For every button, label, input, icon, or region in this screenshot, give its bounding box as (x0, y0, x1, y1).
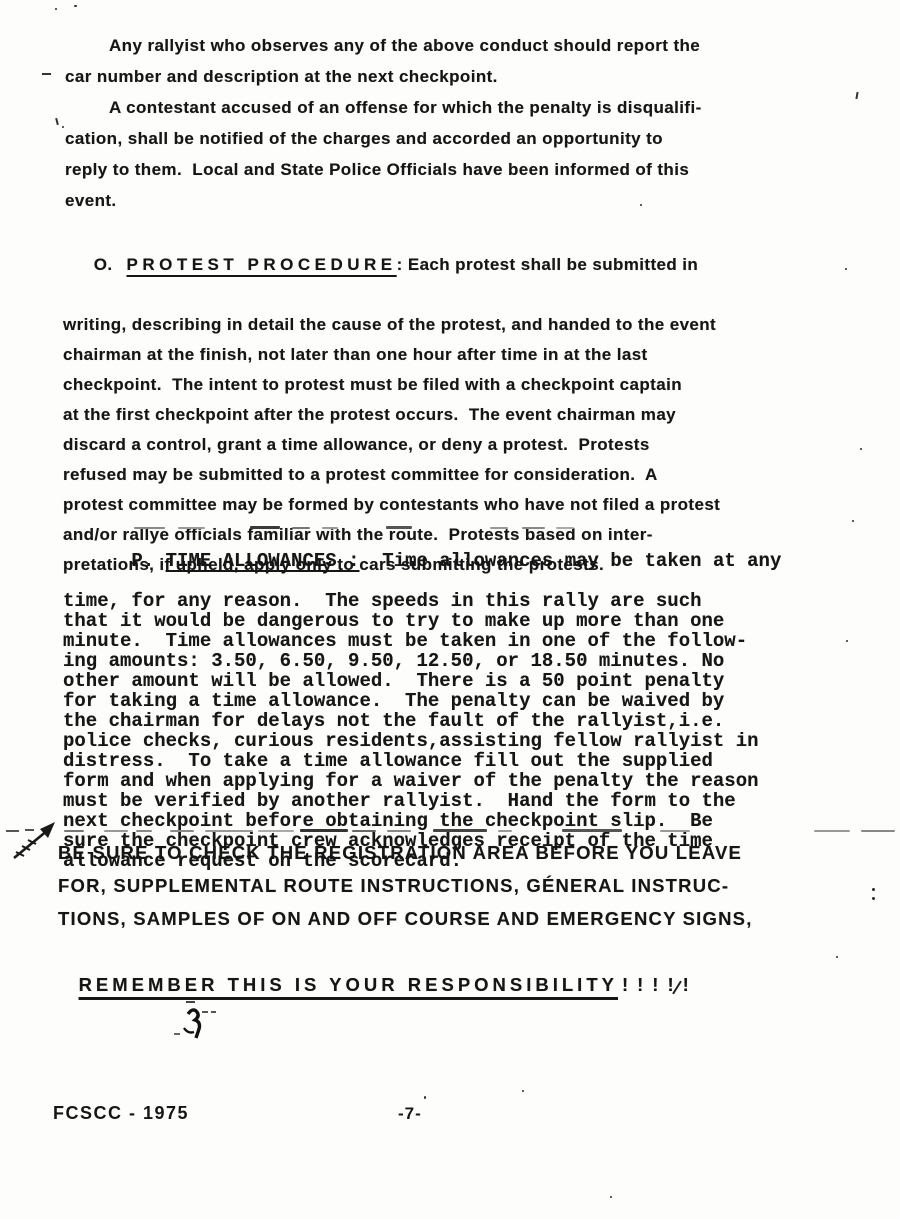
section-o-label: O. (94, 255, 113, 274)
responsibility-exclamations: !!!!! (622, 974, 698, 995)
scanned-document-page: Any rallyist who observes any of the abo… (0, 0, 900, 1219)
responsibility-line: REMEMBER THIS IS YOUR RESPONSIBILITY!!!!… (58, 935, 698, 1034)
section-time-allowances: P. TIME ALLOWANCES : Time allowances may… (63, 531, 873, 871)
section-p-heading-line: P. TIME ALLOWANCES : Time allowances may… (63, 531, 873, 591)
section-p-heading: TIME ALLOWANCES : (166, 550, 360, 572)
section-o-heading: PROTEST PROCEDURE (127, 255, 397, 274)
footer-page-number: -7- (398, 1104, 422, 1124)
paragraph-contestant-accused: A contestant accused of an offense for w… (65, 92, 860, 216)
section-p-heading-rest: Time allowances may be taken at any (359, 550, 781, 572)
handwritten-arrow-icon (2, 810, 66, 866)
section-protest-procedure: O.PROTEST PROCEDURE: Each protest shall … (63, 220, 863, 580)
section-o-heading-rest: : Each protest shall be submitted in (397, 255, 699, 274)
section-p-label: P. (131, 550, 165, 572)
ink-smudge (172, 998, 244, 1046)
responsibility-text: REMEMBER THIS IS YOUR RESPONSIBILITY (79, 974, 618, 995)
paragraph-report-conduct: Any rallyist who observes any of the abo… (65, 30, 860, 92)
section-o-heading-line: O.PROTEST PROCEDURE: Each protest shall … (63, 220, 863, 310)
registration-notice: BE SURE TO CHECK THE REGISTRATION AREA B… (58, 836, 878, 935)
footer-org-year: FCSCC - 1975 (53, 1103, 189, 1124)
